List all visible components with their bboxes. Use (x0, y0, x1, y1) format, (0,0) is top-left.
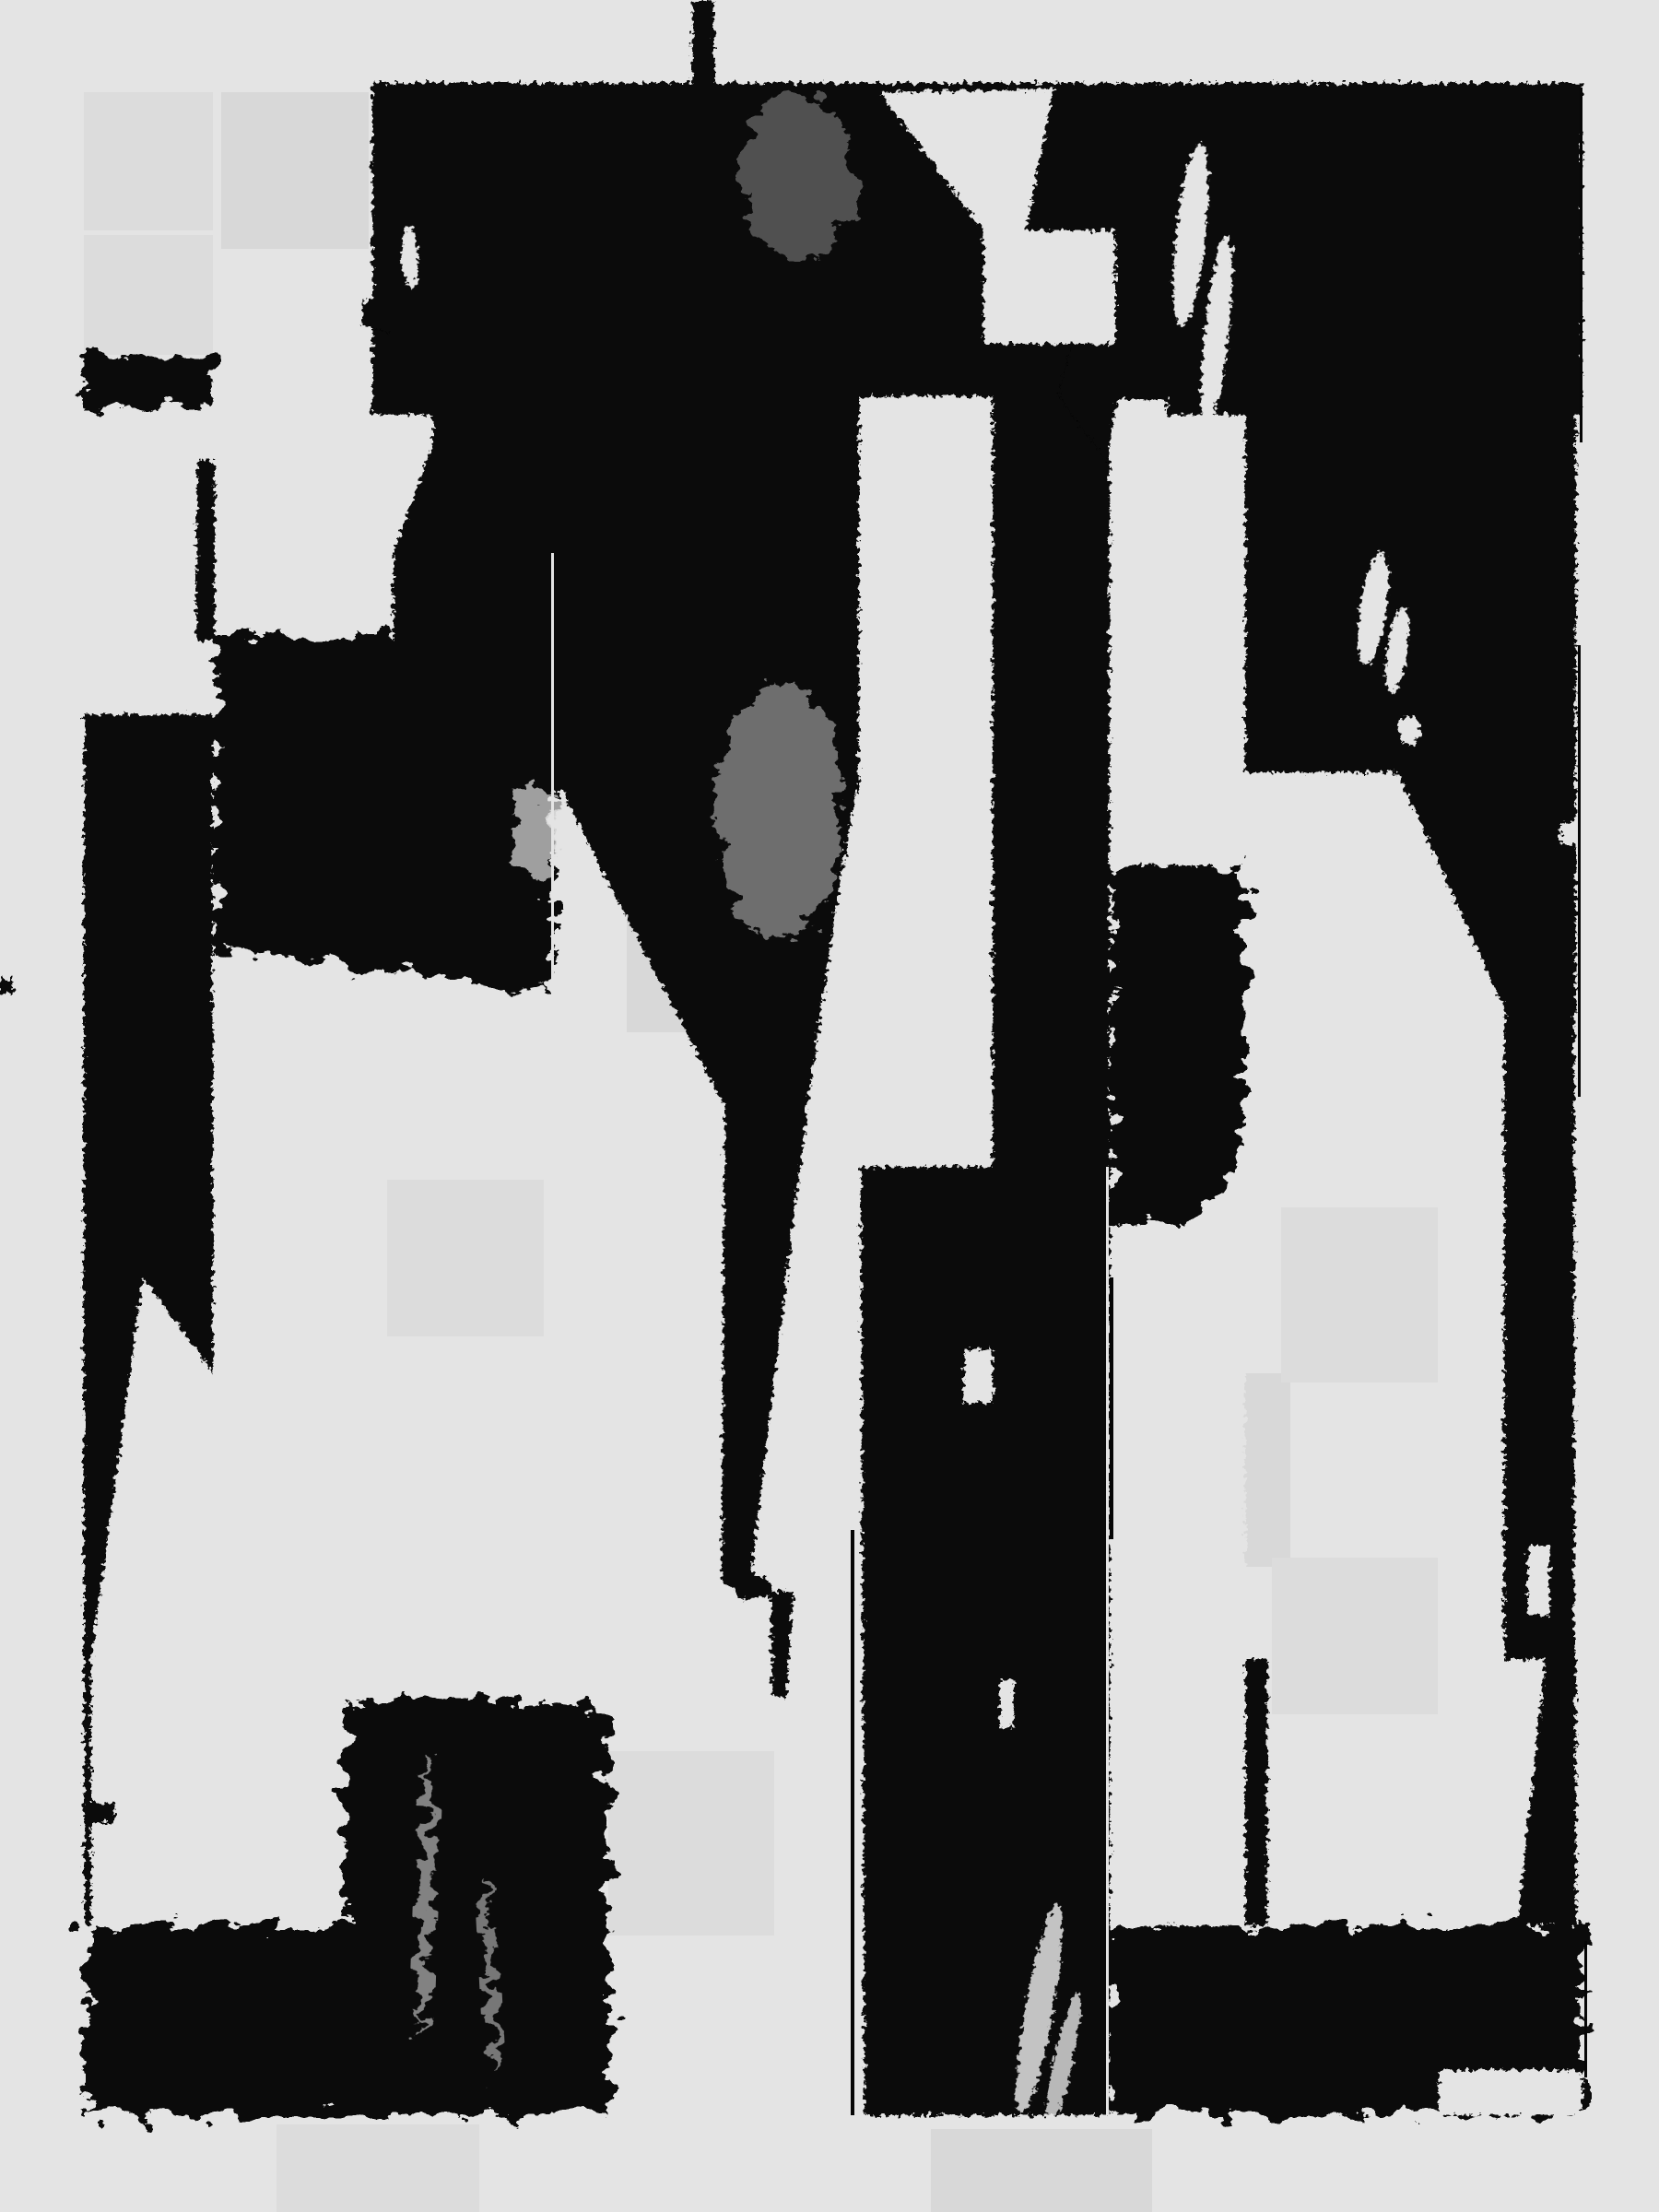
artwork-canvas (0, 0, 1659, 2212)
glitch-collage-artwork (0, 0, 1659, 2212)
dither-grain-black (0, 0, 1659, 2212)
shape-layer-group (0, 0, 1659, 2212)
